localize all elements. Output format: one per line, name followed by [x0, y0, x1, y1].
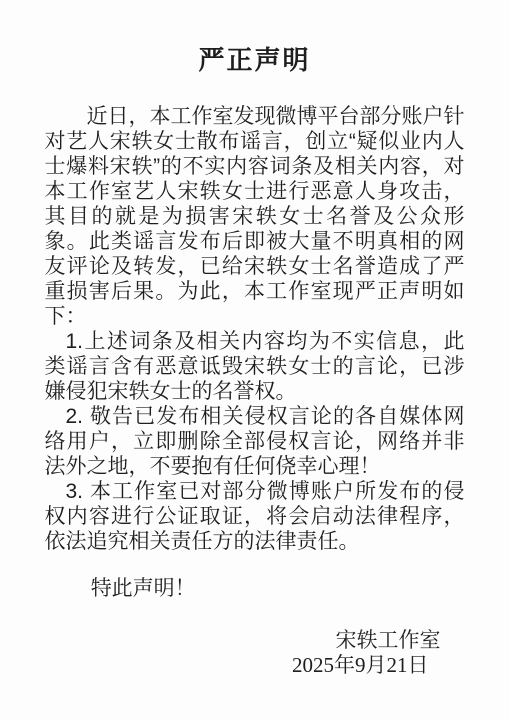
closing-statement: 特此声明！ — [45, 576, 465, 601]
signature-name: 宋轶工作室 — [45, 628, 465, 653]
statement-body: 近日，本工作室发现微博平台部分账户针对艺人宋轶女士散布谣言，创立“疑似业内人士爆… — [45, 104, 465, 554]
statement-text-line: 下： — [45, 304, 465, 329]
signature-date: 2025年9月21日 — [45, 653, 465, 678]
statement-text-line: 对艺人宋轶女士散布谣言，创立“疑似业内人 — [45, 129, 465, 154]
statement-text-line: 权内容进行公证取证，将会启动法律程序， — [45, 504, 465, 529]
statement-text-line: 士爆料宋轶”的不实内容词条及相关内容，对 — [45, 154, 465, 179]
statement-title: 严正声明 — [0, 0, 509, 74]
statement-text-line: 近日，本工作室发现微博平台部分账户针 — [45, 104, 465, 129]
statement-text-line: 类谣言含有恶意诋毁宋轶女士的言论，已涉 — [45, 354, 465, 379]
statement-page: 严正声明 近日，本工作室发现微博平台部分账户针对艺人宋轶女士散布谣言，创立“疑似… — [0, 0, 509, 720]
statement-text-line: 其目的就是为损害宋轶女士名誉及公众形 — [45, 204, 465, 229]
statement-text-line: 象。此类谣言发布后即被大量不明真相的网 — [45, 229, 465, 254]
statement-text-line: 友评论及转发，已给宋轶女士名誉造成了严 — [45, 254, 465, 279]
statement-text-line: 重损害后果。为此，本工作室现严正声明如 — [45, 279, 465, 304]
statement-text-line: 2. 敬告已发布相关侵权言论的各自媒体网 — [45, 404, 465, 429]
statement-text-line: 1.上述词条及相关内容均为不实信息，此 — [45, 329, 465, 354]
statement-text-line: 依法追究相关责任方的法律责任。 — [45, 529, 465, 554]
statement-text-line: 络用户，立即删除全部侵权言论，网络并非 — [45, 429, 465, 454]
statement-text-line: 法外之地，不要抱有任何侥幸心理！ — [45, 454, 465, 479]
statement-text-line: 本工作室艺人宋轶女士进行恶意人身攻击， — [45, 179, 465, 204]
statement-text-line: 嫌侵犯宋轶女士的名誉权。 — [45, 379, 465, 404]
statement-text-line: 3. 本工作室已对部分微博账户所发布的侵 — [45, 479, 465, 504]
statement-content: 近日，本工作室发现微博平台部分账户针对艺人宋轶女士散布谣言，创立“疑似业内人士爆… — [45, 104, 465, 678]
